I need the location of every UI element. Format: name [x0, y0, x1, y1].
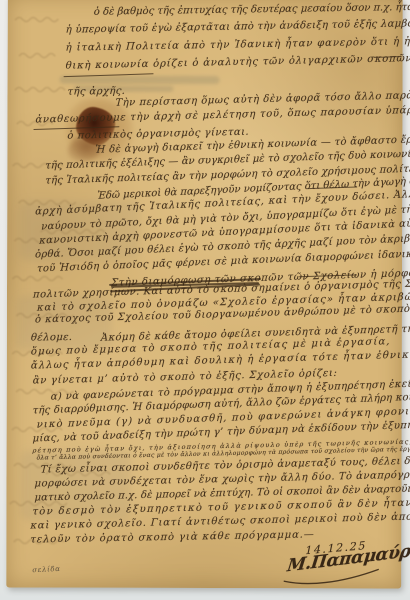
margin-note: σελίδα	[32, 565, 61, 574]
manuscript-line: θέλομε.	[31, 333, 73, 344]
manuscript-paper: ὁ δὲ βαθμὸς τῆς ἐπιτυχίας τῆς δευτέρας μ…	[6, 0, 403, 589]
erased-text-smudge	[60, 76, 220, 84]
manuscript-line: τῆς ἀρχῆς.	[67, 87, 125, 98]
scanned-document: ὁ δὲ βαθμὸς τῆς ἐπιτυχίας τῆς δευτέρας μ…	[0, 0, 410, 600]
